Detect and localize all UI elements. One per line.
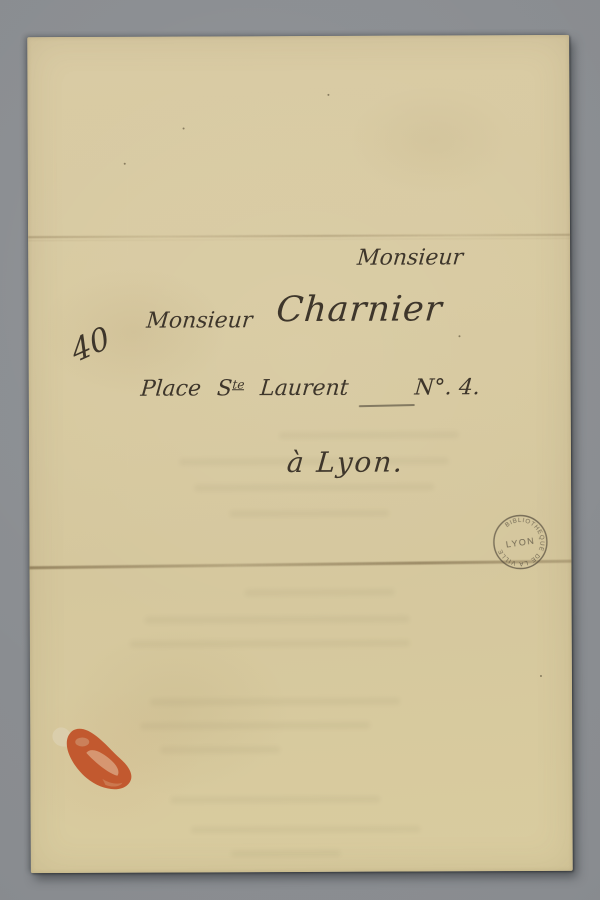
wax-seal bbox=[42, 723, 142, 803]
city-line: à Lyon. bbox=[286, 446, 406, 480]
street-line: PlaceSteLaurent bbox=[140, 376, 350, 402]
salutation-top: Monsieur bbox=[356, 245, 464, 270]
salutation: Monsieur bbox=[145, 308, 253, 333]
scan-mount-background: Monsieur 40 Monsieur Charnier PlaceSteLa… bbox=[0, 0, 600, 900]
paper-speck bbox=[124, 163, 126, 165]
paper-speck bbox=[540, 675, 542, 677]
show-through-text bbox=[27, 35, 569, 37]
letter-paper: Monsieur 40 Monsieur Charnier PlaceSteLa… bbox=[27, 35, 573, 873]
saint-abbrev: Ste bbox=[216, 376, 245, 401]
paper-speck bbox=[183, 128, 185, 130]
fold-crease-top bbox=[28, 234, 570, 238]
recipient-name: Charnier bbox=[275, 289, 444, 330]
street-name: Laurent bbox=[259, 376, 350, 401]
paper-stain bbox=[347, 85, 517, 196]
street-word: Place bbox=[140, 376, 202, 401]
paper-speck bbox=[458, 335, 460, 337]
pen-flourish bbox=[359, 404, 415, 407]
stamp-center-text: LYON bbox=[505, 535, 536, 549]
paper-speck bbox=[327, 94, 329, 96]
library-stamp-icon: BIBLIOTHEQUE DE LA VILLE LYON bbox=[488, 510, 552, 574]
annotation-number: 40 bbox=[67, 320, 114, 371]
house-number: N°. 4. bbox=[414, 375, 481, 400]
fold-crease-top-echo bbox=[28, 238, 570, 241]
